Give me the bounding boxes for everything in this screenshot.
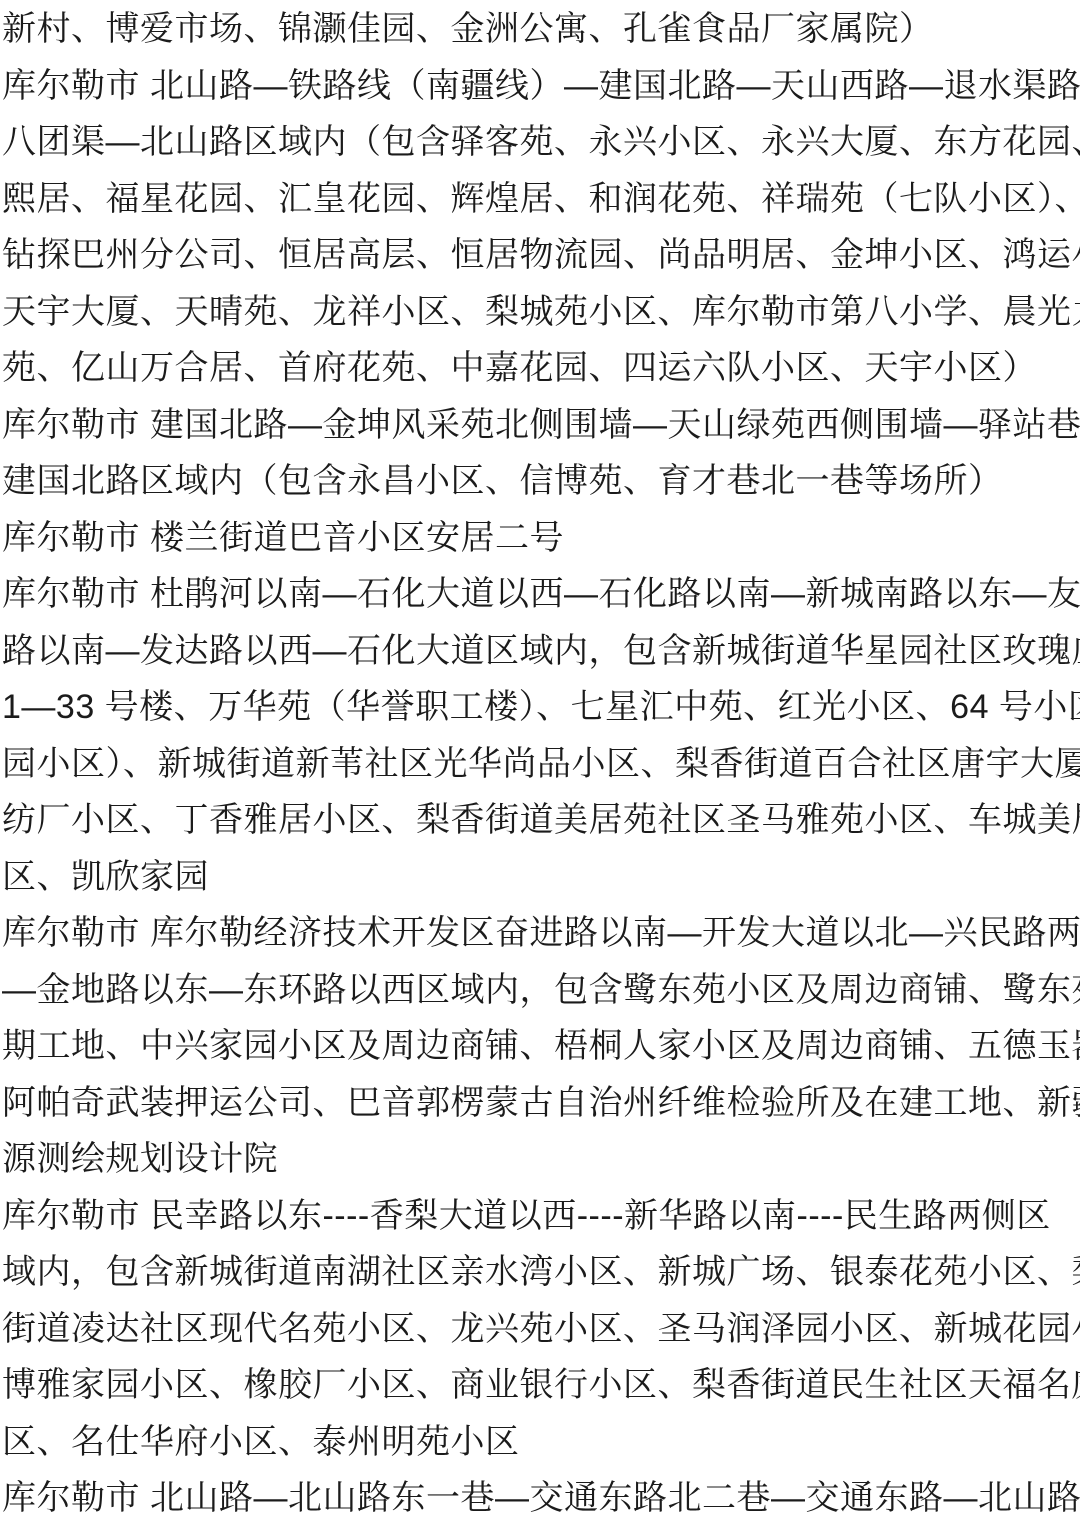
text-line: 纺厂小区、丁香雅居小区、梨香街道美居苑社区圣马雅苑小区、车城美居小 bbox=[2, 792, 1080, 849]
text-line: 库尔勒市 建国北路—金坤风采苑北侧围墙—天山绿苑西侧围墙—驿站巷— bbox=[2, 397, 1080, 454]
text-line: 园小区）、新城街道新苇社区光华尚品小区、梨香街道百合社区唐宇大厦、棉 bbox=[2, 736, 1080, 793]
text-line: 1—33 号楼、万华苑（华誉职工楼）、七星汇中苑、红光小区、64 号小区（东 bbox=[2, 679, 1080, 736]
text-line: 库尔勒市 北山路—北山路东一巷—交通东路北二巷—交通东路—北山路区 bbox=[2, 1470, 1080, 1527]
text-line: 钻探巴州分公司、恒居高层、恒居物流园、尚品明居、金坤小区、鸿运小区、 bbox=[2, 227, 1080, 284]
text-line: 库尔勒市 楼兰街道巴音小区安居二号 bbox=[2, 510, 1080, 567]
text-line: 库尔勒市 民幸路以东----香梨大道以西----新华路以南----民生路两侧区 bbox=[2, 1188, 1080, 1245]
document-body: 新村、博爱市场、锦灏佳园、金洲公寓、孔雀食品厂家属院）库尔勒市 北山路—铁路线（… bbox=[0, 0, 1080, 1527]
text-line: 库尔勒市 库尔勒经济技术开发区奋进路以南—开发大道以北—兴民路两侧 bbox=[2, 905, 1080, 962]
text-line: 库尔勒市 杜鹃河以南—石化大道以西—石化路以南—新城南路以东—友好 bbox=[2, 566, 1080, 623]
text-line: 八团渠—北山路区域内（包含驿客苑、永兴小区、永兴大厦、东方花园、春 bbox=[2, 114, 1080, 171]
text-line: 路以南—发达路以西—石化大道区域内，包含新城街道华星园社区玫瑰庄园 bbox=[2, 623, 1080, 680]
text-line: 新村、博爱市场、锦灏佳园、金洲公寓、孔雀食品厂家属院） bbox=[2, 1, 1080, 58]
text-line: 期工地、中兴家园小区及周边商铺、梧桐人家小区及周边商铺、五德玉器、 bbox=[2, 1018, 1080, 1075]
text-line: 建国北路区域内（包含永昌小区、信博苑、育才巷北一巷等场所） bbox=[2, 453, 1080, 510]
text-line: 区、凯欣家园 bbox=[2, 849, 1080, 906]
text-line: 库尔勒市 北山路—铁路线（南疆线）—建国北路—天山西路—退水渠路—十 bbox=[2, 58, 1080, 115]
page: { "document": { "language": "zh-CN", "te… bbox=[0, 0, 1080, 1528]
text-line: 源测绘规划设计院 bbox=[2, 1131, 1080, 1188]
text-line: 熙居、福星花园、汇皇花园、辉煌居、和润花苑、祥瑞苑（七队小区）、西部 bbox=[2, 171, 1080, 228]
text-line: 区、名仕华府小区、泰州明苑小区 bbox=[2, 1414, 1080, 1471]
text-line: 阿帕奇武装押运公司、巴音郭楞蒙古自治州纤维检验所及在建工地、新疆国 bbox=[2, 1075, 1080, 1132]
text-line: 苑、亿山万合居、首府花苑、中嘉花园、四运六队小区、天宇小区） bbox=[2, 340, 1080, 397]
text-line: 域内，包含新城街道南湖社区亲水湾小区、新城广场、银泰花苑小区、梨香 bbox=[2, 1244, 1080, 1301]
text-line: 博雅家园小区、橡胶厂小区、商业银行小区、梨香街道民生社区天福名庭小 bbox=[2, 1357, 1080, 1414]
text-line: —金地路以东—东环路以西区域内，包含鹭东苑小区及周边商铺、鹭东苑二 bbox=[2, 962, 1080, 1019]
text-line: 街道凌达社区现代名苑小区、龙兴苑小区、圣马润泽园小区、新城花园小区、 bbox=[2, 1301, 1080, 1358]
text-line: 天宇大厦、天晴苑、龙祥小区、梨城苑小区、库尔勒市第八小学、晨光力源 bbox=[2, 284, 1080, 341]
